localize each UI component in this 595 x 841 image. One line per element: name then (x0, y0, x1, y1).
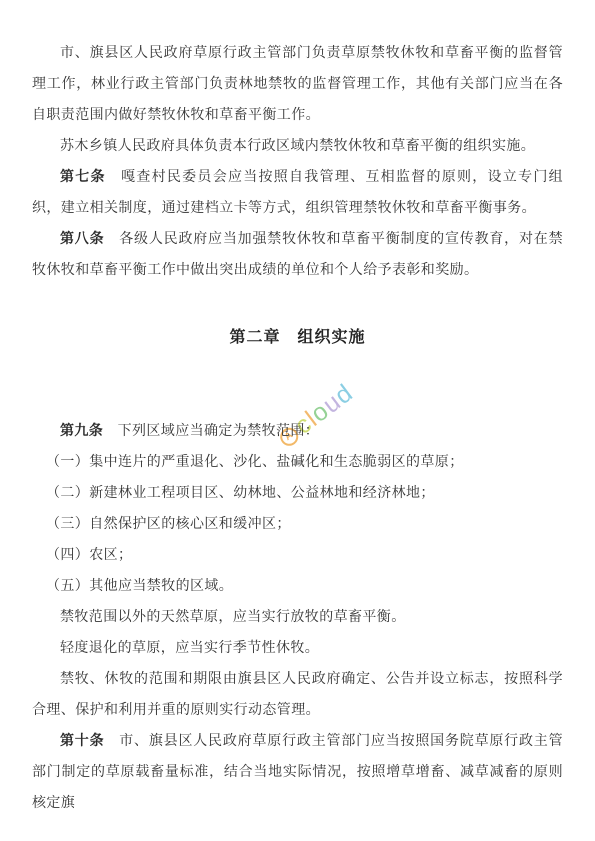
paragraph-text: （一）集中连片的严重退化、沙化、盐碱化和生态脆弱区的草原； (46, 453, 464, 469)
body-paragraph: 轻度退化的草原，应当实行季节性休牧。 (32, 632, 563, 663)
chapter-heading: 第二章 组织实施 (32, 322, 563, 353)
paragraph-text: 禁牧范围以外的天然草原，应当实行放牧的草畜平衡。 (60, 608, 406, 624)
body-paragraph: 第九条 下列区域应当确定为禁牧范围： (32, 415, 563, 446)
article-number: 第九条 (60, 422, 103, 438)
body-paragraph: 第七条 嘎查村民委员会应当按照自我管理、互相监督的原则，设立专门组织，建立相关制… (32, 161, 563, 223)
article-number: 第十条 (60, 732, 104, 748)
list-item: （四）农区； (32, 539, 563, 570)
list-item: （一）集中连片的严重退化、沙化、盐碱化和生态脆弱区的草原； (32, 446, 563, 477)
paragraph-text: 下列区域应当确定为禁牧范围： (103, 422, 319, 438)
document-page: A c l o u d 市、旗县区人民政府草原行政主管部门负责草原禁牧休牧和草畜… (0, 0, 595, 841)
paragraph-text: 苏木乡镇人民政府具体负责本行政区域内禁牧休牧和草畜平衡的组织实施。 (60, 137, 535, 153)
body-paragraph: 第八条 各级人民政府应当加强禁牧休牧和草畜平衡制度的宣传教育，对在禁牧休牧和草畜… (32, 223, 563, 285)
body-paragraph: 市、旗县区人民政府草原行政主管部门负责草原禁牧休牧和草畜平衡的监督管理工作，林业… (32, 37, 563, 130)
paragraph-text: （二）新建林业工程项目区、幼林地、公益林地和经济林地； (46, 484, 435, 500)
body-paragraph: 苏木乡镇人民政府具体负责本行政区域内禁牧休牧和草畜平衡的组织实施。 (32, 130, 563, 161)
paragraph-text: （五）其他应当禁牧的区域。 (46, 577, 233, 593)
page-content: 市、旗县区人民政府草原行政主管部门负责草原禁牧休牧和草畜平衡的监督管理工作，林业… (0, 0, 595, 818)
paragraph-text: 各级人民政府应当加强禁牧休牧和草畜平衡制度的宣传教育，对在禁牧休牧和草畜平衡工作… (32, 230, 563, 277)
body-paragraph: 禁牧、休牧的范围和期限由旗县区人民政府确定、公告并设立标志，按照科学合理、保护和… (32, 663, 563, 725)
paragraph-text: 嘎查村民委员会应当按照自我管理、互相监督的原则，设立专门组织，建立相关制度，通过… (32, 168, 563, 215)
paragraph-text: 市、旗县区人民政府草原行政主管部门应当按照国务院草原行政主管部门制定的草原载畜量… (32, 732, 563, 810)
body-paragraph: 禁牧范围以外的天然草原，应当实行放牧的草畜平衡。 (32, 601, 563, 632)
paragraph-text: 市、旗县区人民政府草原行政主管部门负责草原禁牧休牧和草畜平衡的监督管理工作，林业… (32, 44, 563, 122)
article-number: 第八条 (60, 230, 104, 246)
list-item: （五）其他应当禁牧的区域。 (32, 570, 563, 601)
paragraph-text: （四）农区； (46, 546, 132, 562)
paragraph-text: （三）自然保护区的核心区和缓冲区； (46, 515, 291, 531)
paragraph-text: 轻度退化的草原，应当实行季节性休牧。 (60, 639, 319, 655)
body-paragraph: 第十条 市、旗县区人民政府草原行政主管部门应当按照国务院草原行政主管部门制定的草… (32, 725, 563, 818)
list-item: （三）自然保护区的核心区和缓冲区； (32, 508, 563, 539)
paragraph-text: 禁牧、休牧的范围和期限由旗县区人民政府确定、公告并设立标志，按照科学合理、保护和… (32, 670, 563, 717)
article-number: 第七条 (60, 168, 106, 184)
list-item: （二）新建林业工程项目区、幼林地、公益林地和经济林地； (32, 477, 563, 508)
